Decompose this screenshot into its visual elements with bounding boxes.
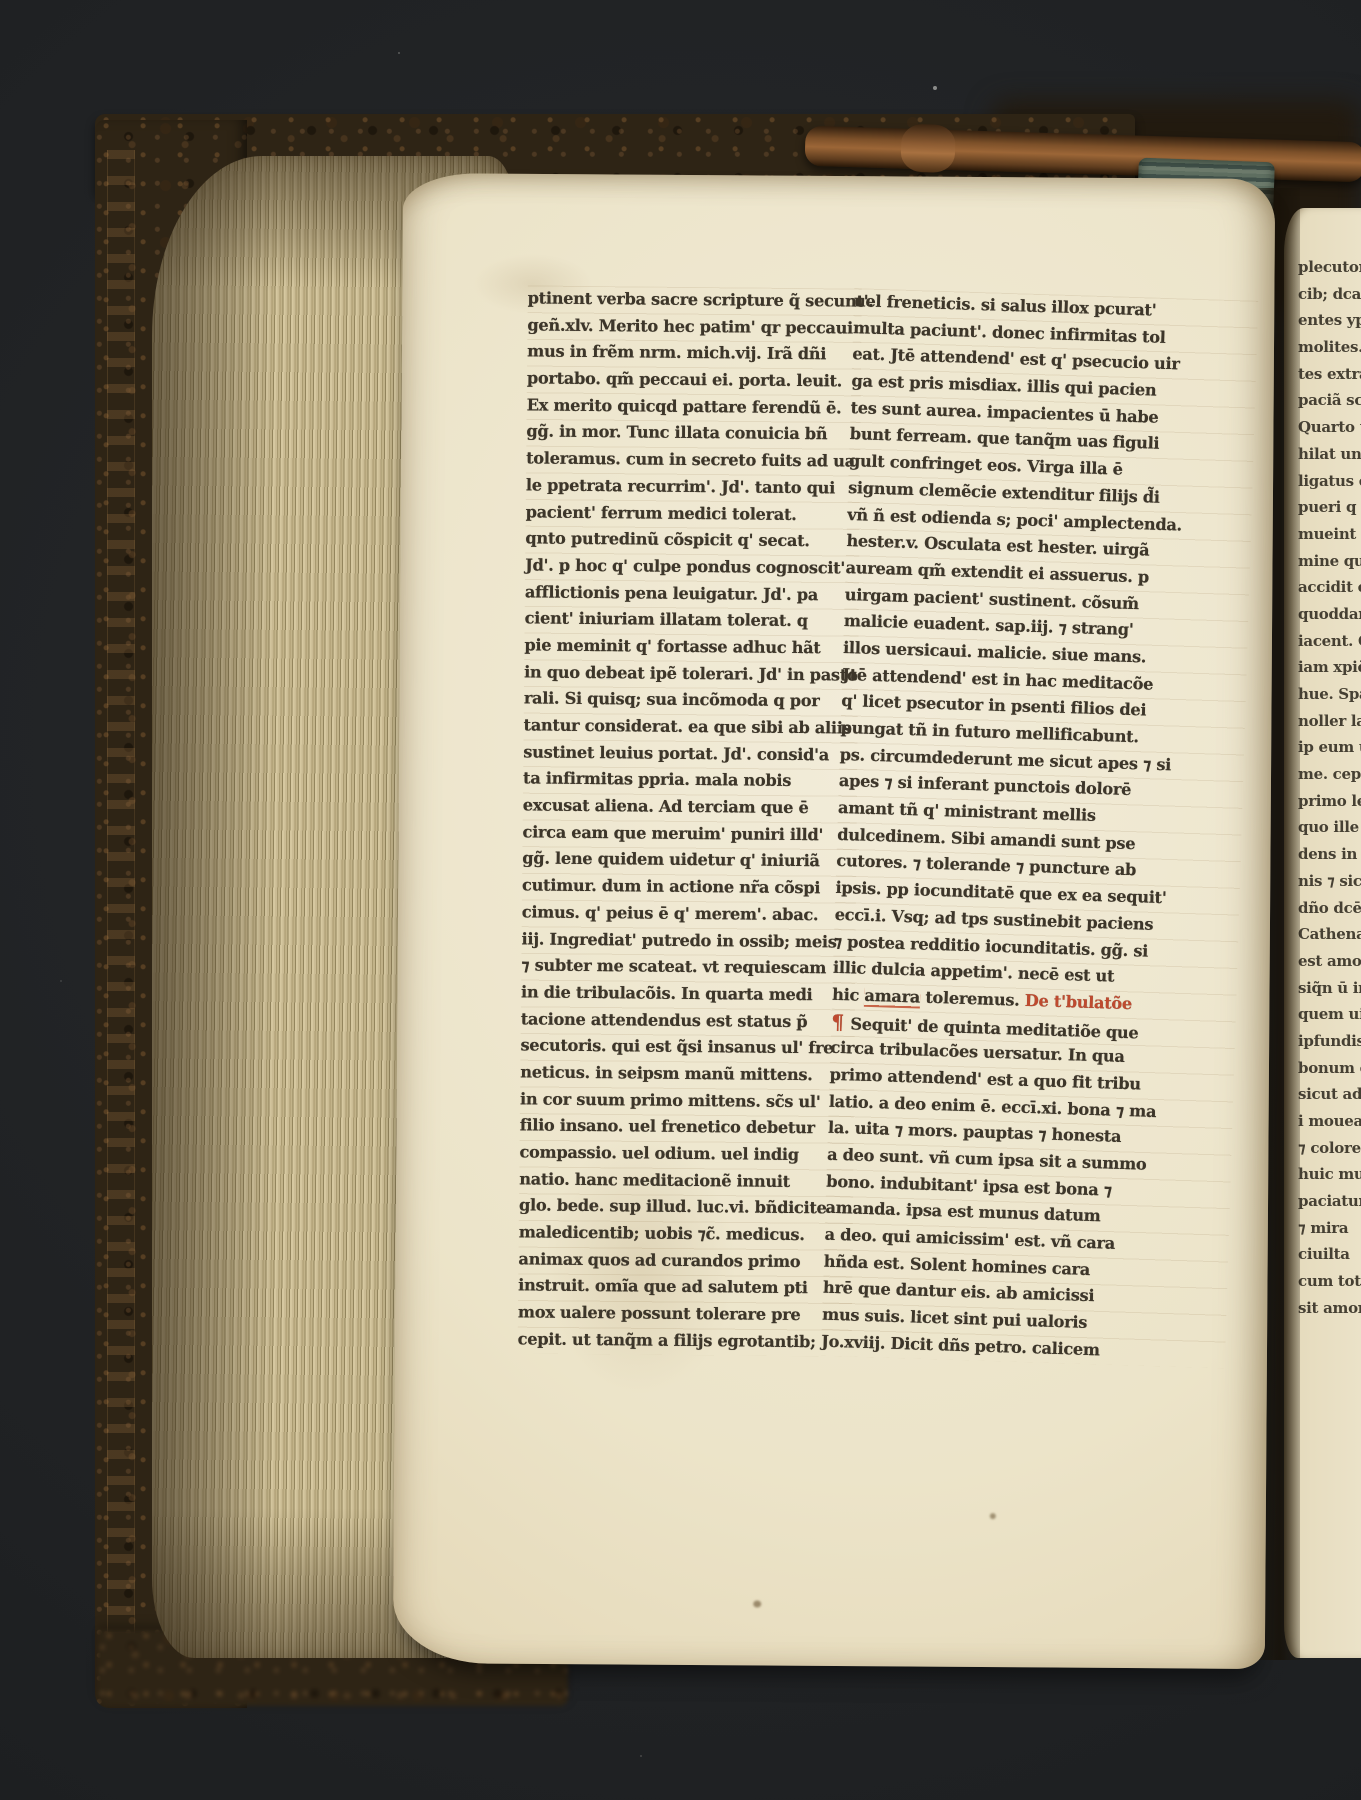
text-line: ipfundis	[1298, 1028, 1361, 1055]
blind-tooling-pattern	[107, 150, 135, 1660]
text-line: excusat aliena. Ad terciam que ē	[523, 792, 857, 822]
text-line: ⁊ colorem	[1298, 1135, 1361, 1162]
text-line: gg̃. lene quidem uidetur q' iniuriã	[522, 846, 856, 876]
text-line: accidit co	[1298, 574, 1361, 601]
text-line: dño dcē.	[1298, 895, 1361, 922]
text-line: portabo. qm̃ peccaui ei. porta. leuit.	[527, 365, 861, 395]
text-line: iam xpiē	[1298, 654, 1361, 681]
text-line: glo. bede. sup illud. luc.vi. bñdicite	[519, 1193, 853, 1223]
text-line: in cor suum primo mittens. sc̃s ul'	[520, 1086, 854, 1116]
text-line: huic mur	[1298, 1161, 1361, 1188]
text-line: cutimur. dum in actione nr̃a cõspi	[522, 873, 856, 903]
pilcrow-mark: ¶	[831, 1009, 851, 1034]
text-line: mox ualere possunt tolerare pre	[518, 1299, 852, 1329]
text-line: cepit. ut tanq̃m a filijs egrotantib;	[518, 1326, 852, 1356]
text-line: sustinet leuius portat. Jd'. consid'a	[523, 739, 857, 769]
text-line: qnto putredinũ cõspicit q' secat.	[525, 526, 859, 556]
text-line: toleramus. cum in secreto fuits ad ua	[526, 446, 860, 476]
text-line: quo ille ly	[1298, 814, 1361, 841]
text-line: rali. Si quisq; sua incõmoda q por	[524, 686, 858, 716]
text-line: neticus. in seipsm manũ mittens.	[520, 1059, 854, 1089]
text-line: primo lep	[1298, 788, 1361, 815]
parchment-speck	[753, 1600, 761, 1607]
text-line: sit amor	[1298, 1295, 1361, 1322]
text-line: molites.	[1298, 334, 1361, 361]
text-line: instruit. omĩa que ad salutem pti	[518, 1273, 852, 1303]
text-line: Ex merito quicqd pattare ferendũ ē.	[527, 392, 861, 422]
text-line: iacent. Op	[1298, 628, 1361, 655]
text-line: compassio. uel odium. uel indig	[519, 1139, 853, 1169]
text-line: cum toti'	[1298, 1268, 1361, 1295]
text-line: maledicentib; uobis ⁊c̃. medicus.	[519, 1219, 853, 1249]
text-line: nis ⁊ sic l	[1298, 868, 1361, 895]
text-line: tes extra	[1298, 361, 1361, 388]
text-line: le ppetrata recurrim'. Jd'. tanto qui	[526, 472, 860, 502]
text-line: mine qui	[1298, 548, 1361, 575]
text-line: quoddam	[1298, 601, 1361, 628]
text-line: hilat un	[1298, 441, 1361, 468]
text-column-left: ptinent verba sacre scripture q̃ secunt'…	[518, 285, 862, 1356]
open-parchment-page: ptinent verba sacre scripture q̃ secunt'…	[393, 173, 1275, 1669]
photo-backdrop: plecutorē;cib; dcal'entes ypbmolites.tes…	[0, 0, 1361, 1800]
text-line: mueint si	[1298, 521, 1361, 548]
text-line: est amor	[1298, 948, 1361, 975]
text-line: hue. Spa	[1298, 681, 1361, 708]
text-line: gg̃. in mor. Tunc illata conuicia bñ	[526, 419, 860, 449]
text-line: cimus. q' peius ē q' merem'. abac.	[522, 899, 856, 929]
text-line: ⁊ subter me scateat. vt requiescam	[521, 953, 855, 983]
text-line: bonum ē	[1298, 1055, 1361, 1082]
text-line: afflictionis pena leuigatur. Jd'. pa	[525, 579, 859, 609]
text-line: siq̃n ū in	[1298, 975, 1361, 1002]
text-line: ciuilta	[1298, 1241, 1361, 1268]
text-line: natio. hanc meditacionẽ innuit	[519, 1166, 853, 1196]
text-line: filio insano. uel frenetico debetur	[520, 1113, 854, 1143]
text-line: animax quos ad curandos primo	[518, 1246, 852, 1276]
text-line: in quo debeat ipẽ tolerari. Jd' in pasto	[524, 659, 858, 689]
dust-specks	[0, 0, 2, 2]
text-line: pie meminit q' fortasse adhuc hãt	[524, 632, 858, 662]
text-line: Jd'. p hoc q' culpe pondus cognoscit'	[525, 552, 859, 582]
text-line: ta infirmitas ppria. mala nobis	[523, 766, 857, 796]
text-line: Cathena	[1298, 921, 1361, 948]
rubric-text: De t'bulatõe	[1025, 991, 1133, 1013]
text-line: cient' iniuriam illatam tolerat. q	[524, 606, 858, 636]
text-line: ligatus ē	[1298, 468, 1361, 495]
text-line: ip eum ū	[1298, 734, 1361, 761]
text-line: mus in frẽm nrm. mich.vij. Irã dñi	[527, 339, 861, 369]
text-line: quem uie	[1298, 1001, 1361, 1028]
text-column-sliver: plecutorē;cib; dcal'entes ypbmolites.tes…	[1298, 254, 1361, 1322]
text-line: plecutorē;	[1298, 254, 1361, 281]
text-line: pacient' ferrum medici tolerat.	[526, 499, 860, 529]
text-line: entes ypb	[1298, 307, 1361, 334]
text-line: paciatur	[1298, 1188, 1361, 1215]
text-line: pueri q l	[1298, 494, 1361, 521]
text-line: tacione attendendus est status p̃	[521, 1006, 855, 1036]
text-line: tantur considerat. ea que sibi ab aliis	[523, 712, 857, 742]
text-column-right: uel freneticis. si salus illox pcurat'mu…	[821, 288, 1258, 1368]
text-line: ptinent verba sacre scripture q̃ secunt'…	[528, 285, 862, 315]
text-line: cib; dcal'	[1298, 281, 1361, 308]
text-line: noller la	[1298, 708, 1361, 735]
text-line: circa eam que meruim' puniri illd'	[522, 819, 856, 849]
text-line: me. cepit	[1298, 761, 1361, 788]
text-line: i moueat'	[1298, 1108, 1361, 1135]
text-line: iij. Ingrediat' putredo in ossib; meis	[521, 926, 855, 956]
text-line: sicut ad he	[1298, 1081, 1361, 1108]
text-line: paciã scã	[1298, 387, 1361, 414]
text-line: Quarto t'	[1298, 414, 1361, 441]
red-underlined-text: amara	[864, 986, 920, 1007]
parchment-speck	[990, 1513, 996, 1519]
text-line: ⁊ mira	[1298, 1215, 1361, 1242]
text-line: secutoris. qui est q̃si insanus ul' fre	[520, 1033, 854, 1063]
text-line: in die tribulacõis. In quarta medi	[521, 979, 855, 1009]
text-line: dens in fol	[1298, 841, 1361, 868]
text-line: geñ.xlv. Merito hec patim' qr peccaui	[527, 312, 861, 342]
